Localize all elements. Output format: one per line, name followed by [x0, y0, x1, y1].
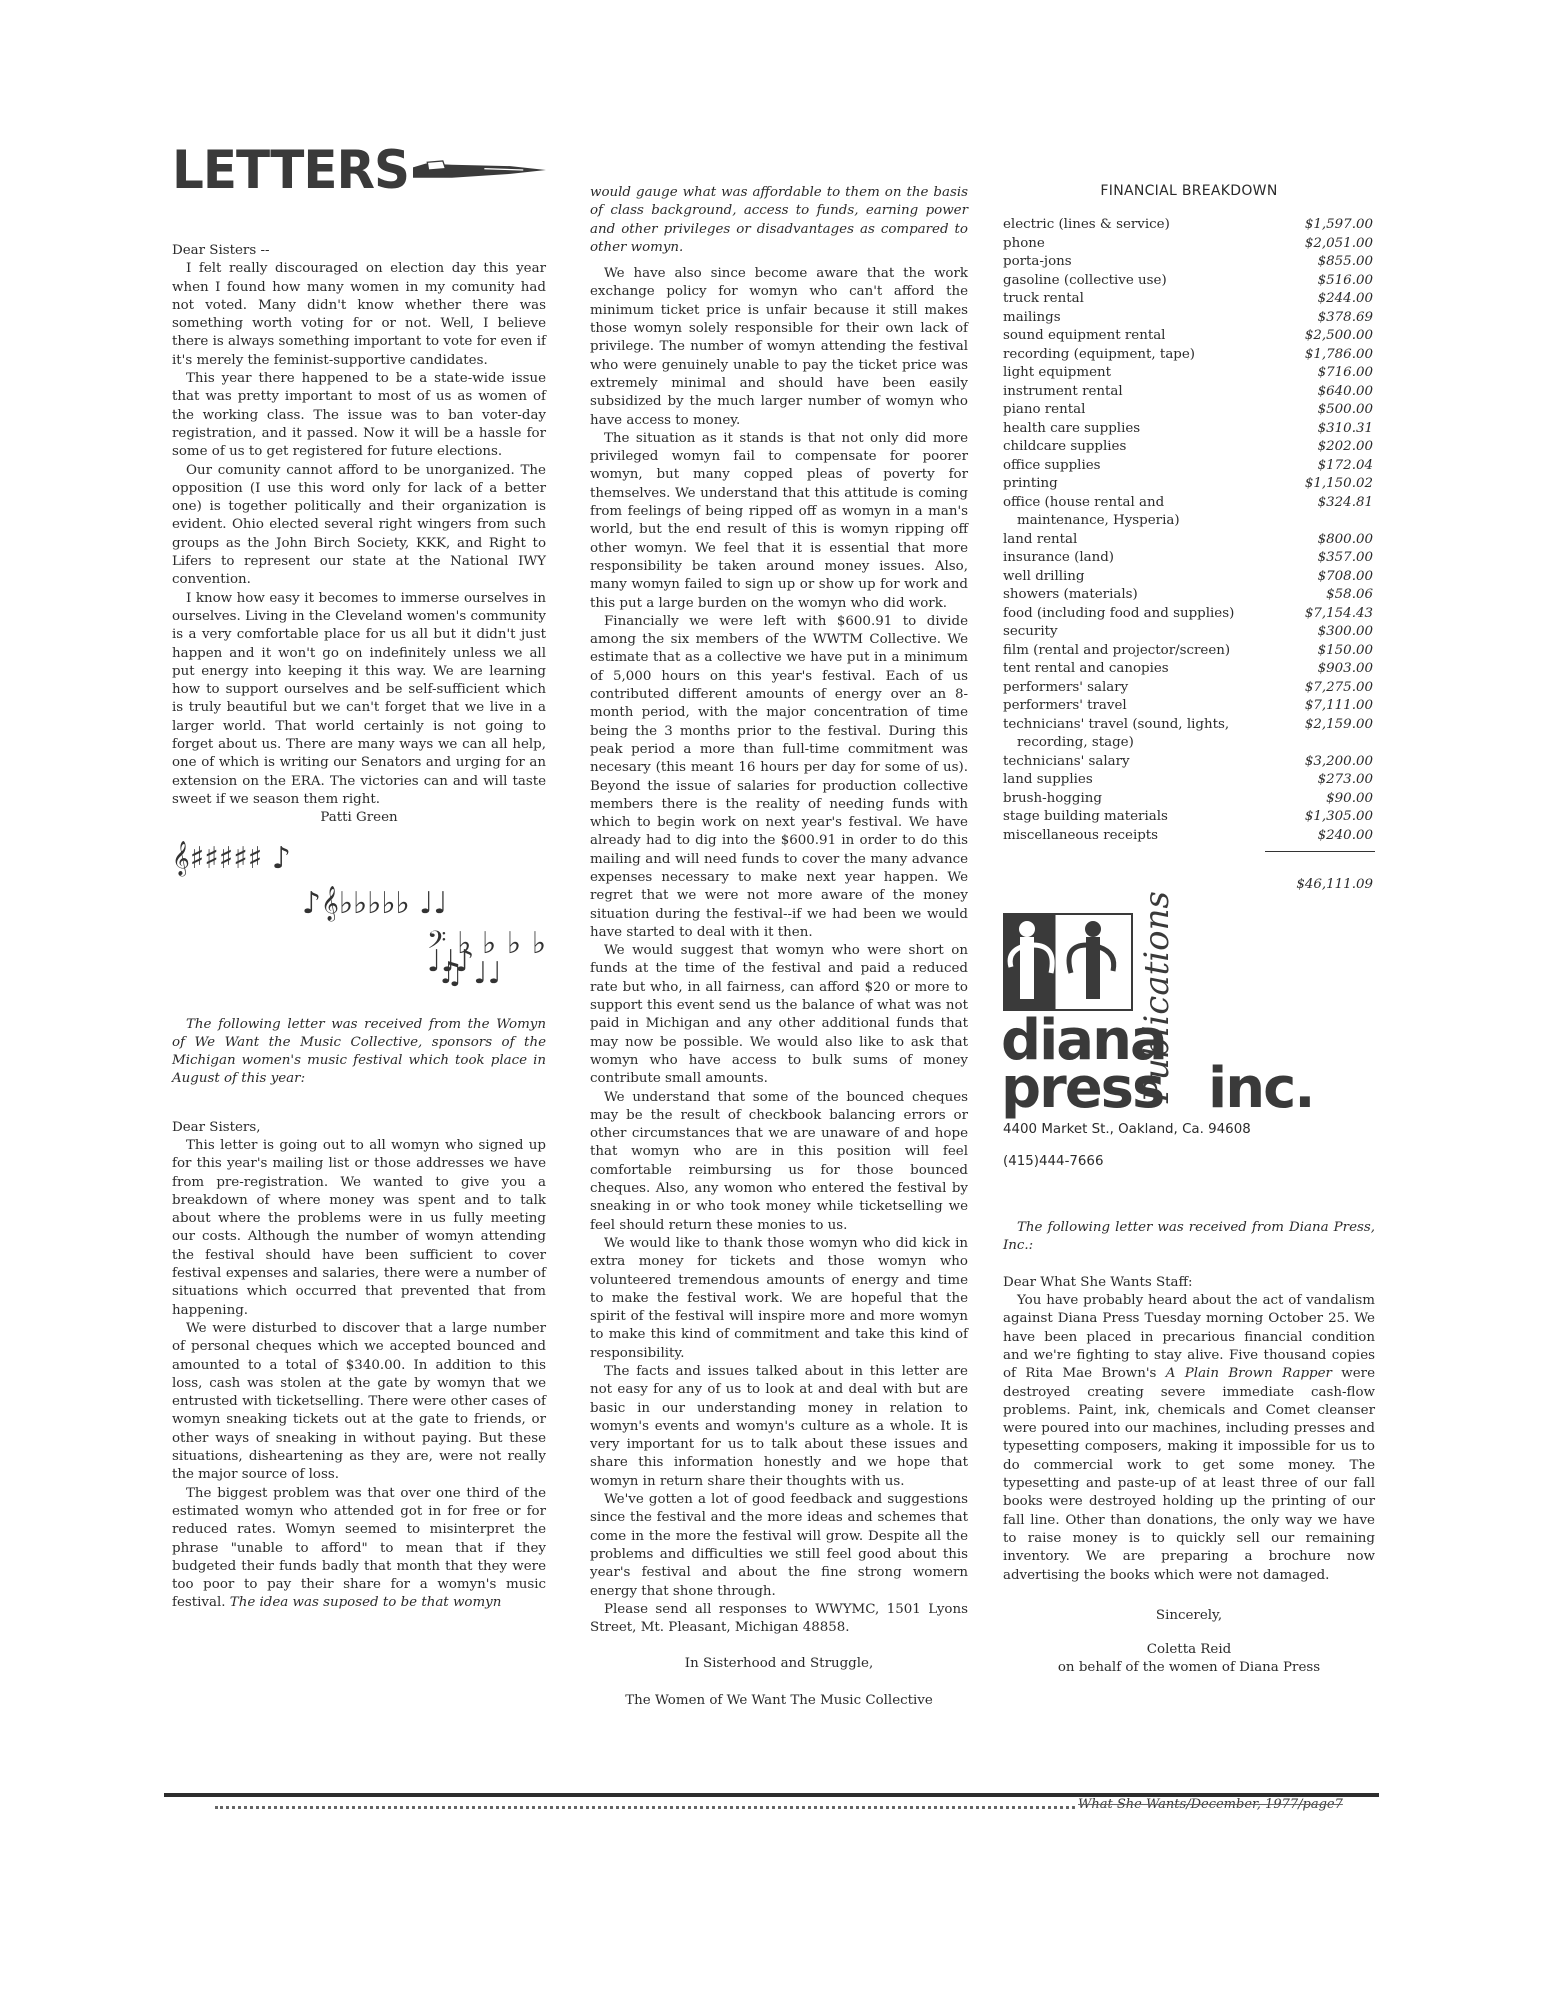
- masthead-title: LETTERS: [172, 144, 409, 197]
- letter2-paragraph: The situation as it stands is that not o…: [590, 430, 968, 613]
- table-row: brush-hogging$90.00: [1003, 790, 1375, 809]
- table-row: technicians' salary$3,200.00: [1003, 753, 1375, 772]
- letter1-salutation: Dear Sisters --: [172, 242, 546, 260]
- table-row: recording (equipment, tape)$1,786.00: [1003, 346, 1375, 365]
- letter3-signature: Coletta Reid: [1003, 1641, 1375, 1659]
- letter2-paragraph: Please send all responses to WWYMC, 1501…: [590, 1601, 968, 1638]
- table-row: phone$2,051.00: [1003, 235, 1375, 254]
- letter2-paragraph: Financially we were left with $600.91 to…: [590, 613, 968, 942]
- letter1-paragraph: Our comunity cannot afford to be unorgan…: [172, 462, 546, 590]
- letter1-paragraph: I know how easy it becomes to immerse ou…: [172, 590, 546, 810]
- table-row: security$300.00: [1003, 623, 1375, 642]
- table-row: truck rental$244.00: [1003, 290, 1375, 309]
- financial-breakdown-table: electric (lines & service)$1,597.00 phon…: [1003, 216, 1375, 894]
- table-row: tent rental and canopies$903.00: [1003, 660, 1375, 679]
- letter2-closing: In Sisterhood and Struggle,: [590, 1655, 968, 1673]
- letter1-paragraph: I felt really discouraged on election da…: [172, 260, 546, 370]
- letter3-signature-sub: on behalf of the women of Diana Press: [1003, 1659, 1375, 1677]
- ad-script-word: Publications: [1148, 891, 1166, 1103]
- table-row: performers' travel$7,111.00: [1003, 697, 1375, 716]
- table-row: land rental$800.00: [1003, 531, 1375, 550]
- letter2-paragraph: We would suggest that womyn who were sho…: [590, 942, 968, 1088]
- letter2-italic-continued: would gauge what was affordable to them …: [590, 184, 968, 257]
- table-row: light equipment$716.00: [1003, 364, 1375, 383]
- letter2-paragraph: The biggest problem was that over one th…: [172, 1485, 546, 1613]
- table-row: piano rental$500.00: [1003, 401, 1375, 420]
- music-notes-icon: 𝄞♯♯♯♯♯ ♪: [172, 850, 291, 868]
- column-right: FINANCIAL BREAKDOWN electric (lines & se…: [1003, 184, 1375, 1678]
- financial-breakdown-title: FINANCIAL BREAKDOWN: [1003, 182, 1375, 200]
- table-row: stage building materials$1,305.00: [1003, 808, 1375, 827]
- music-notes-icon: ♪𝄞♭♭♭♭♭ ♩♩: [302, 895, 447, 913]
- letter3-closing: Sincerely,: [1003, 1607, 1375, 1625]
- ad-address: 4400 Market St., Oakland, Ca. 94608: [1003, 1121, 1375, 1139]
- ad-phone: (415)444-7666: [1003, 1153, 1375, 1171]
- letter1-signature: Patti Green: [172, 809, 546, 827]
- two-figures-logo-icon: [1003, 913, 1133, 1011]
- table-row: childcare supplies$202.00: [1003, 438, 1375, 457]
- letter2-paragraph: We've gotten a lot of good feedback and …: [590, 1491, 968, 1601]
- fountain-pen-icon: [413, 152, 546, 188]
- music-notes-icon: ♫ ♩♩: [437, 965, 502, 983]
- table-row: food (including food and supplies)$7,154…: [1003, 605, 1375, 624]
- table-row: health care supplies$310.31: [1003, 420, 1375, 439]
- footer-dotted-line: [215, 1806, 1075, 1809]
- table-row: instrument rental$640.00: [1003, 383, 1375, 402]
- table-row: film (rental and projector/screen)$150.0…: [1003, 642, 1375, 661]
- letter3-salutation: Dear What She Wants Staff:: [1003, 1274, 1375, 1292]
- letter2-signature: The Women of We Want The Music Collectiv…: [590, 1692, 968, 1710]
- letter3-intro: The following letter was received from D…: [1003, 1219, 1375, 1256]
- table-row: performers' salary$7,275.00: [1003, 679, 1375, 698]
- letter3-paragraph: You have probably heard about the act of…: [1003, 1292, 1375, 1585]
- letter2-intro: The following letter was received from t…: [172, 1016, 546, 1089]
- letter2-paragraph: We understand that some of the bounced c…: [590, 1089, 968, 1235]
- footer-page-info: What She Wants/December, 1977/page7: [1078, 1797, 1343, 1812]
- table-row: gasoline (collective use)$516.00: [1003, 272, 1375, 291]
- table-row: sound equipment rental$2,500.00: [1003, 327, 1375, 346]
- column-left: LETTERS Dear Sisters -- I felt really di…: [172, 140, 546, 1613]
- table-row: printing$1,150.02: [1003, 475, 1375, 494]
- letter1-paragraph: This year there happened to be a state-w…: [172, 370, 546, 461]
- table-row: technicians' travel (sound, lights, reco…: [1003, 716, 1375, 753]
- ad-contact: 4400 Market St., Oakland, Ca. 94608 (415…: [1003, 1121, 1375, 1172]
- total-rule: [1265, 851, 1375, 852]
- table-row: porta-jons$855.00: [1003, 253, 1375, 272]
- ad-name-suffix: inc.: [1208, 1061, 1314, 1117]
- letter2-paragraph: The facts and issues talked about in thi…: [590, 1363, 968, 1491]
- table-row: showers (materials)$58.06: [1003, 586, 1375, 605]
- music-notes-decoration: 𝄞♯♯♯♯♯ ♪ ♪𝄞♭♭♭♭♭ ♩♩ 𝄢♭♭♭♭ ♩♩♪ ♫ ♩♩: [172, 850, 546, 1000]
- letter2-salutation: Dear Sisters,: [172, 1119, 546, 1137]
- table-row: insurance (land)$357.00: [1003, 549, 1375, 568]
- letter2-paragraph: We have also since become aware that the…: [590, 265, 968, 430]
- table-row: office supplies$172.04: [1003, 457, 1375, 476]
- figures-icon: [1005, 915, 1131, 1009]
- letter2-paragraph: We would like to thank those womyn who d…: [590, 1235, 968, 1363]
- financial-total: $46,111.09: [1003, 876, 1375, 894]
- table-row: miscellaneous receipts$240.00: [1003, 827, 1375, 846]
- table-row: land supplies$273.00: [1003, 771, 1375, 790]
- column-middle: would gauge what was affordable to them …: [590, 184, 968, 1710]
- book-title: A Plain Brown Rapper: [1166, 1366, 1332, 1381]
- masthead: LETTERS: [172, 140, 546, 200]
- letter2-paragraph: This letter is going out to all womyn wh…: [172, 1137, 546, 1320]
- table-row: electric (lines & service)$1,597.00: [1003, 216, 1375, 235]
- diana-press-ad: diana press inc. Publications: [1003, 913, 1375, 1113]
- table-row: office (house rental and maintenance, Hy…: [1003, 494, 1375, 531]
- table-row: well drilling$708.00: [1003, 568, 1375, 587]
- table-row: mailings$378.69: [1003, 309, 1375, 328]
- letter2-paragraph: We were disturbed to discover that a lar…: [172, 1320, 546, 1485]
